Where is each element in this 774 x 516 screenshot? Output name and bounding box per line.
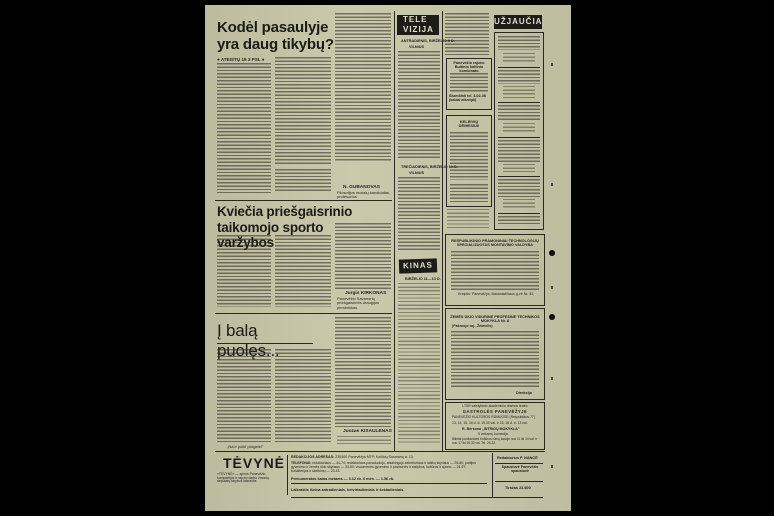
condolence-4-sign bbox=[503, 164, 535, 172]
tv-day-2-sub: VILNIUS bbox=[409, 171, 424, 175]
notice-body bbox=[450, 184, 488, 202]
notice-small-text bbox=[447, 209, 489, 229]
condolences-section-flag: UŽJAUČIA bbox=[494, 15, 542, 29]
article-2-body-col2 bbox=[275, 235, 331, 307]
footer-rule bbox=[495, 481, 543, 482]
tv-schedule-1 bbox=[398, 51, 440, 159]
notice-title: ŽEMĖS ŪKIO VIDURINĖ PROFESINĖ TECHNIKOS … bbox=[450, 315, 540, 323]
article-3-byline: Juozas KISAULENAS bbox=[343, 429, 392, 434]
notice-box-theatre: LTSR valstybinio akademinio dramos teatr… bbox=[445, 402, 545, 450]
condolence-6 bbox=[498, 216, 540, 226]
notice-body bbox=[451, 251, 539, 291]
column-divider bbox=[394, 11, 395, 451]
article-1-body-col1 bbox=[217, 63, 271, 193]
footer-divider bbox=[492, 453, 493, 497]
notice-box-kombinatas: Panevėžio rajono Buitinio kaltinio kombi… bbox=[446, 58, 492, 110]
article-2-body-col3 bbox=[335, 223, 391, 289]
tv-section-flag: TELE VIZIJA bbox=[397, 15, 439, 35]
paper-speck bbox=[551, 286, 553, 289]
article-2-byline-note: Panevėžio Savanorių priešgaisrinės draug… bbox=[337, 297, 391, 310]
article-3-closing-quote: „Na ir puikī progelė!" bbox=[227, 445, 263, 449]
newspaper-page: Kodėl pasaulyje yra daug tikybų? ● ATEIS… bbox=[205, 5, 571, 511]
notice-box-school: ŽEMĖS ŪKIO VIDURINĖ PROFESINĖ TECHNIKOS … bbox=[445, 308, 545, 400]
tv-day-1-sub: VILNIUS bbox=[409, 45, 424, 49]
footer-rule bbox=[495, 463, 543, 464]
column-divider bbox=[442, 11, 443, 451]
condolence-5-sign bbox=[503, 199, 535, 209]
theatre-dates: 13, 14, 15, 16 d. d. 19.30 val. ir 15, 1… bbox=[452, 422, 540, 426]
condolence-2-sign bbox=[503, 86, 535, 98]
newspaper-masthead: TĖVYNĖ bbox=[223, 455, 285, 471]
condolence-5 bbox=[498, 179, 540, 197]
paper-speck bbox=[551, 183, 553, 186]
footer-divider bbox=[287, 455, 288, 495]
article-1-headline: Kodėl pasaulyje yra daug tikybų? bbox=[217, 19, 337, 54]
notice-body bbox=[450, 73, 488, 93]
article-3-tail bbox=[337, 436, 391, 444]
condolence-1-sign bbox=[503, 53, 535, 63]
condolence-4 bbox=[498, 140, 540, 162]
tv-schedule-2 bbox=[398, 177, 440, 251]
footer-editor: Redaktorius P. NANCĖ bbox=[497, 456, 538, 460]
condolence-1 bbox=[498, 36, 540, 50]
cinema-listings bbox=[398, 283, 440, 443]
article-1-lead: ● ATEISTŲ 15 3 PSL ● bbox=[217, 57, 265, 62]
paper-speck bbox=[551, 63, 553, 66]
phones-value: redaktoriaus — 44-74; redaktoriaus pavad… bbox=[291, 461, 476, 473]
punch-hole bbox=[549, 250, 555, 256]
headline-underline bbox=[217, 343, 313, 344]
condolence-3-sign bbox=[503, 123, 535, 133]
address-label: REDAKCIJOS ADRESAS: bbox=[291, 455, 334, 459]
article-1-drop-paragraph bbox=[275, 169, 331, 193]
notice-body bbox=[451, 331, 539, 389]
footer-publishing-days: Laikraštis išeina antradieniais, ketvirt… bbox=[291, 488, 404, 492]
tv-label-top: TELE bbox=[403, 15, 427, 24]
notice-phone: Skambinti tel. 3-02-08 (kaldai atkreipti… bbox=[449, 95, 489, 103]
footer-top-rule bbox=[215, 451, 545, 452]
theatre-title: GASTROLĖS PANEVĖŽYJE bbox=[450, 410, 540, 415]
notice-subtitle: (Pakruojo raj., Žeimelis) bbox=[452, 325, 493, 329]
cinema-section-flag: KINAS bbox=[399, 258, 437, 273]
footer-printer: Spaustuvė Panevėžio spaustuvė bbox=[499, 466, 541, 474]
notice-title: Panevėžio rajono Buitinio kaltinio kombi… bbox=[449, 61, 489, 74]
condolence-2 bbox=[498, 70, 540, 84]
theatre-venue: PANEVĖŽIO KULTŪROS RŪMUOSE (Respublikos … bbox=[452, 416, 540, 420]
cinema-subtitle: BIRŽELIO 11—13 D. bbox=[405, 277, 441, 281]
newspaper-subtitle: «TĖVYNĖ» — spiros Panevėžio kompartijos … bbox=[217, 473, 283, 484]
notice-box-montavimo: RESPUBLIKINIO PRAMONINIAI TECHNOLOGIJŲ S… bbox=[445, 234, 545, 306]
article-1-body-col2 bbox=[275, 57, 331, 165]
footer-phones: TELEFONAI: redaktoriaus — 44-74; redakto… bbox=[291, 461, 481, 473]
article-3-body-col2 bbox=[275, 349, 331, 443]
notice-body bbox=[450, 132, 488, 180]
tv-label-bottom: VIZIJA bbox=[403, 25, 434, 34]
theatre-tickets: Bilietai parduodami Kultūros rūmų kasoje… bbox=[452, 438, 540, 445]
article-2-body-col1 bbox=[217, 235, 271, 307]
footer-subscription: Prenumeratos kaina metams — 3.12 rb. 6 m… bbox=[291, 477, 394, 481]
punch-hole bbox=[549, 314, 555, 320]
notice-title: KELEIVIŲ DĖMESIUI! bbox=[449, 120, 489, 129]
divider bbox=[215, 200, 392, 201]
paper-speck bbox=[551, 465, 553, 468]
footer-bottom-rule bbox=[291, 497, 543, 498]
notice-signature: Direkcija bbox=[516, 391, 532, 395]
article-1-byline-note: Filosofijos mokslų kandidatas, profesori… bbox=[337, 191, 391, 200]
article-3-body-col1 bbox=[217, 349, 271, 443]
footer-address: REDAKCIJOS ADRESAS: 235300 Panevėžys MTP… bbox=[291, 456, 481, 460]
notice-box-passengers: KELEIVIŲ DĖMESIUI! bbox=[446, 115, 492, 207]
paper-speck bbox=[551, 377, 553, 380]
tv-schedule-3 bbox=[445, 13, 489, 55]
divider bbox=[215, 313, 392, 314]
notice-contact: Kreiptis: Panevėžys, Basanavičiaus g-vė … bbox=[458, 293, 538, 297]
article-3-body-col3 bbox=[335, 317, 391, 427]
address-value: 235300 Panevėžys MTP, Kolūkių Susmanų a.… bbox=[335, 455, 414, 459]
condolence-3 bbox=[498, 105, 540, 121]
notice-title: RESPUBLIKINIO PRAMONINIAI TECHNOLOGIJŲ S… bbox=[450, 239, 540, 247]
article-1-body-col3 bbox=[335, 13, 391, 161]
footer-circulation: Tiražas 23.800 bbox=[505, 486, 531, 490]
condolences-box bbox=[494, 32, 544, 230]
footer-rule bbox=[291, 483, 487, 484]
